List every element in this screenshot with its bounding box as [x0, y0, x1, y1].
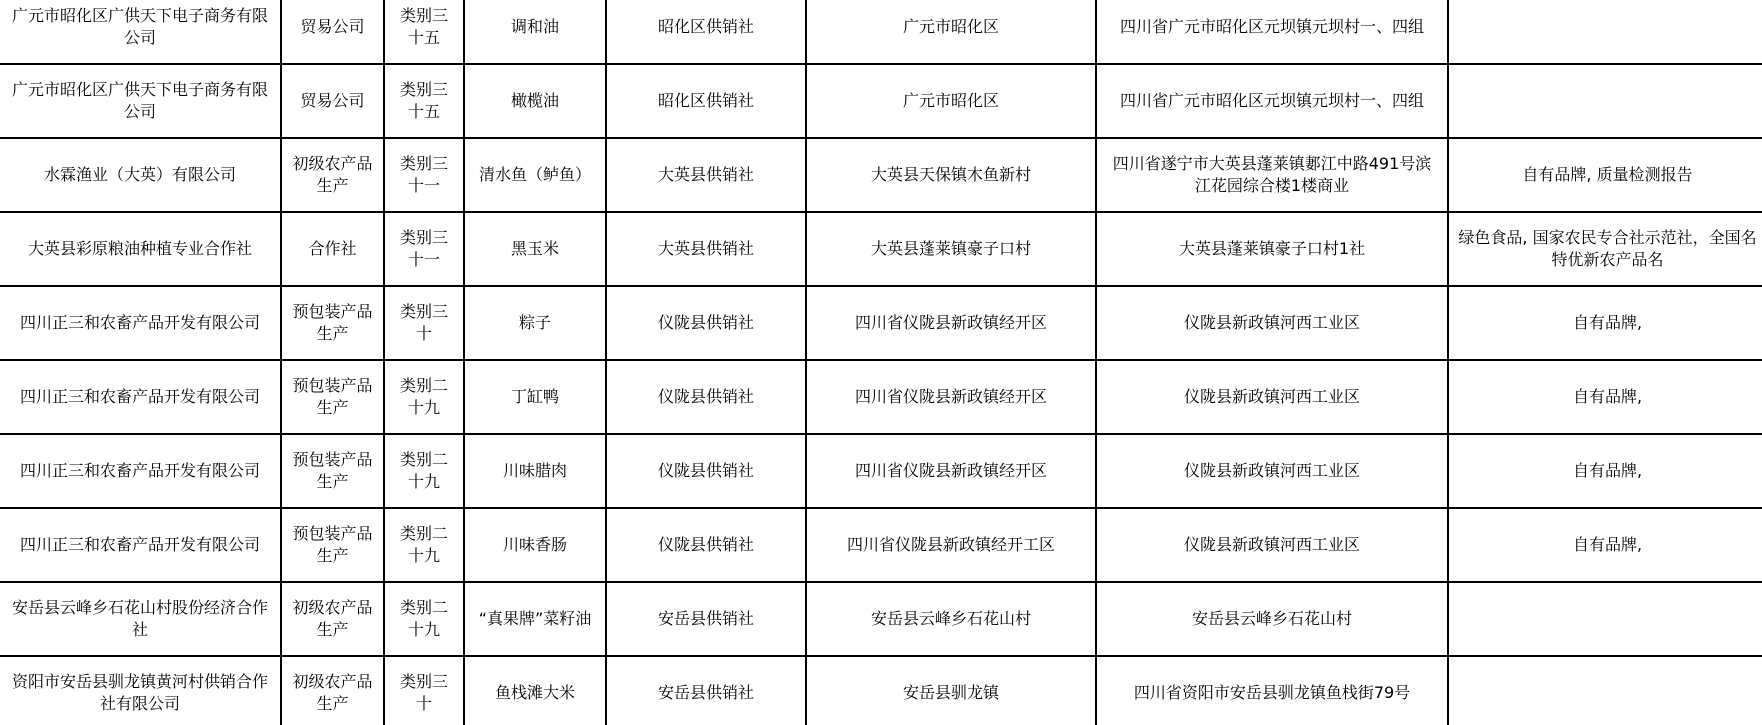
table-row: 广元市昭化区广供天下电子商务有限公司贸易公司类别三十五调和油昭化区供销社广元市昭…: [0, 0, 1762, 64]
cell-product-name: 清水鱼（鲈鱼）: [464, 138, 606, 212]
cell-supply-coop: 大英县供销社: [606, 212, 806, 286]
table-row: 四川正三和农畜产品开发有限公司预包装产品生产类别二十九川味腊肉仪陇县供销社四川省…: [0, 434, 1762, 508]
cell-company-name: 广元市昭化区广供天下电子商务有限公司: [0, 64, 281, 138]
cell-product-name: 粽子: [464, 286, 606, 360]
cell-location: 广元市昭化区: [806, 0, 1096, 64]
suppliers-products-table: 广元市昭化区广供天下电子商务有限公司贸易公司类别三十五调和油昭化区供销社广元市昭…: [0, 0, 1762, 725]
cell-address: 仪陇县新政镇河西工业区: [1096, 360, 1448, 434]
cell-address: 四川省遂宁市大英县蓬莱镇郪江中路491号滨江花园综合楼1楼商业: [1096, 138, 1448, 212]
cell-producer-type: 预包装产品生产: [281, 434, 384, 508]
cell-remark: [1448, 0, 1762, 64]
cell-company-name: 水霖渔业（大英）有限公司: [0, 138, 281, 212]
cell-product-name: 调和油: [464, 0, 606, 64]
cell-category: 类别三十五: [384, 0, 464, 64]
table-row: 安岳县云峰乡石花山村股份经济合作社初级农产品生产类别二十九“真果牌”菜籽油安岳县…: [0, 582, 1762, 656]
cell-address: 四川省资阳市安岳县驯龙镇鱼栈街79号: [1096, 656, 1448, 725]
cell-address: 四川省广元市昭化区元坝镇元坝村一、四组: [1096, 64, 1448, 138]
cell-supply-coop: 安岳县供销社: [606, 656, 806, 725]
cell-company-name: 安岳县云峰乡石花山村股份经济合作社: [0, 582, 281, 656]
table-row: 四川正三和农畜产品开发有限公司预包装产品生产类别二十九丁缸鸭仪陇县供销社四川省仪…: [0, 360, 1762, 434]
cell-company-name: 四川正三和农畜产品开发有限公司: [0, 360, 281, 434]
cell-producer-type: 合作社: [281, 212, 384, 286]
table-row: 四川正三和农畜产品开发有限公司预包装产品生产类别二十九川味香肠仪陇县供销社四川省…: [0, 508, 1762, 582]
table-body: 广元市昭化区广供天下电子商务有限公司贸易公司类别三十五调和油昭化区供销社广元市昭…: [0, 0, 1762, 725]
cell-remark: 绿色食品, 国家农民专合社示范社，全国名特优新农产品名: [1448, 212, 1762, 286]
cell-producer-type: 预包装产品生产: [281, 286, 384, 360]
cell-supply-coop: 仪陇县供销社: [606, 286, 806, 360]
cell-company-name: 四川正三和农畜产品开发有限公司: [0, 286, 281, 360]
cell-location: 四川省仪陇县新政镇经开区: [806, 434, 1096, 508]
table-row: 资阳市安岳县驯龙镇黄河村供销合作社有限公司初级农产品生产类别三十鱼栈滩大米安岳县…: [0, 656, 1762, 725]
cell-supply-coop: 仪陇县供销社: [606, 360, 806, 434]
table-row: 四川正三和农畜产品开发有限公司预包装产品生产类别三十粽子仪陇县供销社四川省仪陇县…: [0, 286, 1762, 360]
cell-location: 四川省仪陇县新政镇经开区: [806, 286, 1096, 360]
cell-company-name: 资阳市安岳县驯龙镇黄河村供销合作社有限公司: [0, 656, 281, 725]
cell-category: 类别二十九: [384, 508, 464, 582]
cell-product-name: 川味腊肉: [464, 434, 606, 508]
cell-location: 广元市昭化区: [806, 64, 1096, 138]
table-row: 广元市昭化区广供天下电子商务有限公司贸易公司类别三十五橄榄油昭化区供销社广元市昭…: [0, 64, 1762, 138]
cell-producer-type: 初级农产品生产: [281, 656, 384, 725]
cell-remark: [1448, 656, 1762, 725]
cell-address: 仪陇县新政镇河西工业区: [1096, 286, 1448, 360]
cell-category: 类别二十九: [384, 360, 464, 434]
cell-product-name: “真果牌”菜籽油: [464, 582, 606, 656]
cell-location: 大英县天保镇木鱼新村: [806, 138, 1096, 212]
cell-category: 类别三十: [384, 286, 464, 360]
cell-product-name: 川味香肠: [464, 508, 606, 582]
cell-remark: 自有品牌,: [1448, 360, 1762, 434]
cell-category: 类别二十九: [384, 582, 464, 656]
cell-address: 仪陇县新政镇河西工业区: [1096, 434, 1448, 508]
cell-remark: 自有品牌,: [1448, 286, 1762, 360]
cell-location: 大英县蓬莱镇豪子口村: [806, 212, 1096, 286]
cell-category: 类别三十: [384, 656, 464, 725]
cell-remark: [1448, 64, 1762, 138]
cell-producer-type: 初级农产品生产: [281, 138, 384, 212]
cell-producer-type: 预包装产品生产: [281, 360, 384, 434]
cell-supply-coop: 昭化区供销社: [606, 0, 806, 64]
table-row: 大英县彩原粮油种植专业合作社合作社类别三十一黑玉米大英县供销社大英县蓬莱镇豪子口…: [0, 212, 1762, 286]
table-row: 水霖渔业（大英）有限公司初级农产品生产类别三十一清水鱼（鲈鱼）大英县供销社大英县…: [0, 138, 1762, 212]
cell-supply-coop: 昭化区供销社: [606, 64, 806, 138]
cell-address: 四川省广元市昭化区元坝镇元坝村一、四组: [1096, 0, 1448, 64]
cell-address: 安岳县云峰乡石花山村: [1096, 582, 1448, 656]
cell-category: 类别三十五: [384, 64, 464, 138]
cell-remark: 自有品牌,: [1448, 508, 1762, 582]
cell-category: 类别二十九: [384, 434, 464, 508]
cell-supply-coop: 仪陇县供销社: [606, 508, 806, 582]
cell-remark: 自有品牌,: [1448, 434, 1762, 508]
cell-address: 仪陇县新政镇河西工业区: [1096, 508, 1448, 582]
suppliers-products-table-viewport: 广元市昭化区广供天下电子商务有限公司贸易公司类别三十五调和油昭化区供销社广元市昭…: [0, 0, 1762, 725]
cell-product-name: 丁缸鸭: [464, 360, 606, 434]
cell-product-name: 黑玉米: [464, 212, 606, 286]
cell-producer-type: 预包装产品生产: [281, 508, 384, 582]
cell-supply-coop: 安岳县供销社: [606, 582, 806, 656]
cell-category: 类别三十一: [384, 138, 464, 212]
cell-location: 安岳县驯龙镇: [806, 656, 1096, 725]
cell-remark: [1448, 582, 1762, 656]
cell-company-name: 大英县彩原粮油种植专业合作社: [0, 212, 281, 286]
cell-location: 四川省仪陇县新政镇经开工区: [806, 508, 1096, 582]
cell-product-name: 鱼栈滩大米: [464, 656, 606, 725]
cell-producer-type: 初级农产品生产: [281, 582, 384, 656]
cell-company-name: 四川正三和农畜产品开发有限公司: [0, 508, 281, 582]
cell-supply-coop: 仪陇县供销社: [606, 434, 806, 508]
cell-location: 四川省仪陇县新政镇经开区: [806, 360, 1096, 434]
cell-product-name: 橄榄油: [464, 64, 606, 138]
cell-remark: 自有品牌, 质量检测报告: [1448, 138, 1762, 212]
cell-category: 类别三十一: [384, 212, 464, 286]
cell-producer-type: 贸易公司: [281, 0, 384, 64]
cell-location: 安岳县云峰乡石花山村: [806, 582, 1096, 656]
cell-company-name: 四川正三和农畜产品开发有限公司: [0, 434, 281, 508]
cell-producer-type: 贸易公司: [281, 64, 384, 138]
cell-supply-coop: 大英县供销社: [606, 138, 806, 212]
cell-address: 大英县蓬莱镇豪子口村1社: [1096, 212, 1448, 286]
cell-company-name: 广元市昭化区广供天下电子商务有限公司: [0, 0, 281, 64]
